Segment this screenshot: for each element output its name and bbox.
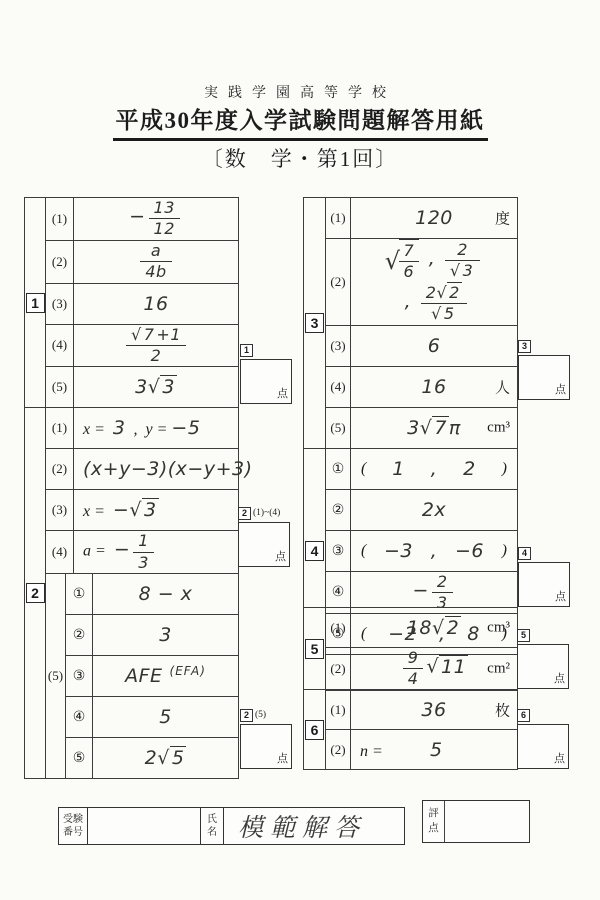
handwritten-fraction: 1312: [149, 198, 180, 240]
handwritten-answer: 3√3: [135, 375, 177, 398]
answer-content: (1,2): [351, 458, 517, 480]
printed-math: , y =: [126, 421, 172, 438]
sqrt-radical: √3: [129, 498, 158, 521]
section-cell: 1: [25, 198, 46, 408]
handwritten-fraction: √7+12: [126, 325, 186, 367]
handwritten-answer: ,: [431, 458, 438, 480]
section-number: 2: [26, 583, 45, 603]
points-label: 点: [275, 548, 286, 564]
handwritten-answer: −6: [455, 540, 484, 562]
handwritten-answer: ,: [398, 290, 418, 312]
points-label: 点: [555, 588, 566, 604]
answer-row: (5)①8 − x: [25, 574, 239, 615]
handwritten-answer: 2x: [422, 499, 446, 521]
score-box-label: 6: [517, 708, 569, 722]
score-box-label: 5: [517, 628, 569, 642]
answer-content: 8 − x: [139, 583, 193, 605]
points-label: 点: [555, 381, 566, 397]
answer-row: (5)3√7πcm³: [304, 407, 518, 448]
score-box-2-5: 2(5) 点: [240, 708, 292, 769]
answer-cell: −1312: [74, 198, 239, 241]
item-number-cell: (2): [46, 449, 74, 490]
item-number-cell: (1): [326, 608, 351, 648]
handwritten-answer: −3: [384, 540, 413, 562]
score-box-label: 3: [518, 339, 570, 353]
subitem-number-cell: ②: [66, 615, 93, 656]
item-number-cell: (4): [46, 531, 74, 574]
handwritten-answer: 1: [392, 458, 405, 480]
answer-row: (2)n = 5: [304, 730, 518, 770]
answer-table-problem-6: 6(1)36枚(2)n = 5: [303, 689, 518, 770]
handwritten-answer: −√3: [113, 498, 159, 521]
section-cell: 2: [25, 408, 46, 779]
section-number: 1: [240, 344, 253, 357]
answer-content: 3√3: [135, 376, 177, 398]
points-label: 点: [554, 670, 565, 686]
name-field: 模範解答: [224, 808, 404, 844]
handwritten-answer: AFE: [125, 665, 162, 687]
unit-label: 枚: [495, 699, 510, 720]
answer-row: 4①(1,2): [304, 448, 518, 489]
printed-math: ): [502, 460, 507, 478]
handwritten-answer: (x+y−3)(x−y+3): [83, 458, 252, 480]
section-number: 3: [305, 313, 324, 333]
answer-cell: a = −13: [74, 531, 239, 574]
answer-cell: 2√5: [93, 738, 239, 779]
subitem-number-cell: ③: [66, 656, 93, 697]
item-number-cell: (1): [326, 198, 351, 239]
item-number-cell: (4): [46, 324, 74, 367]
answer-row: (4)√7+12: [25, 324, 239, 367]
answer-content: 36: [421, 699, 446, 721]
section-cell: 5: [304, 608, 326, 691]
answer-content: 5: [159, 706, 172, 728]
answer-row: 1(1)−1312: [25, 198, 239, 241]
handwritten-answer: 18√2: [407, 616, 461, 639]
answer-row: (3)6: [304, 325, 518, 366]
section-number: 5: [305, 639, 324, 659]
answer-row: (2)94√11cm²: [304, 648, 518, 691]
printed-math: x =: [83, 421, 113, 438]
handwritten-answer: 2√5: [145, 746, 187, 769]
handwritten-fraction: 94: [403, 648, 424, 690]
handwritten-answer: ,: [422, 248, 442, 270]
answer-content: 16: [421, 376, 446, 398]
score-entry-box: 点: [518, 355, 570, 400]
answer-row: (2)a4b: [25, 240, 239, 283]
score-entry-box: 点: [517, 644, 569, 689]
section-cell: 3: [304, 198, 326, 449]
candidate-info-box: 受験 番号 氏 名 模範解答: [58, 807, 405, 845]
score-box-6: 6 点: [517, 708, 569, 769]
answer-content: (−3,−6): [351, 540, 517, 562]
unit-label: 人: [495, 376, 510, 397]
score-entry-box: 点: [517, 724, 569, 769]
unit-label: cm³: [487, 419, 510, 436]
sqrt-radical: √2: [436, 282, 461, 302]
answer-content: 6: [428, 335, 441, 357]
sheet-title-text: 平成30年度入学試験問題解答用紙: [113, 102, 488, 141]
answer-content: x = −√3: [83, 499, 159, 521]
section-number: 2: [240, 709, 253, 722]
answer-content: x = 3 , y = −5: [83, 417, 200, 439]
handwritten-answer: 3: [113, 417, 126, 439]
printed-math: (: [361, 460, 366, 478]
grade-box: 評 点: [422, 800, 530, 843]
answer-cell: 2x: [351, 489, 518, 530]
handwritten-answer: −: [412, 579, 428, 601]
section-number: 6: [517, 709, 530, 722]
item-number-cell: (5): [326, 407, 351, 448]
answer-cell: (1,2): [351, 448, 518, 489]
unit-label: 度: [495, 208, 510, 229]
score-box-label: 4: [518, 546, 570, 560]
answer-cell: 36枚: [351, 690, 518, 730]
item-number-cell: (2): [326, 239, 351, 326]
answer-row: ③(−3,−6): [304, 530, 518, 571]
answer-table-problems-1-2: 1(1)−1312(2)a4b(3)16(4)√7+12(5)3√32(1)x …: [24, 197, 239, 779]
answer-cell: 120度: [351, 198, 518, 239]
handwritten-answer: 6: [428, 335, 441, 357]
answer-row: 6(1)36枚: [304, 690, 518, 730]
answer-row: 2(1)x = 3 , y = −5: [25, 408, 239, 449]
item-number-cell: (3): [46, 283, 74, 324]
handwritten-name: 模範解答: [238, 808, 366, 844]
answer-content: 16: [143, 293, 168, 315]
answer-cell: √7+12: [74, 324, 239, 367]
handwritten-answer: 8 − x: [139, 583, 193, 605]
answer-cell: 3√7πcm³: [351, 407, 518, 448]
points-label: 点: [554, 750, 565, 766]
section-number: 6: [305, 720, 324, 740]
unit-label: cm³: [487, 619, 510, 636]
handwritten-answer: 2: [463, 458, 476, 480]
answer-table-problem-5: 5(1)18√2cm³(2)94√11cm²: [303, 607, 518, 691]
answer-row: (2)√76 , 2√3 , 2√2√5: [304, 239, 518, 326]
score-box-label: 2(1)~(4): [238, 506, 290, 520]
score-box-4: 4 点: [518, 546, 570, 607]
sqrt-radical: √3: [450, 260, 475, 280]
answer-row: ②2x: [304, 489, 518, 530]
answer-row: (3)16: [25, 283, 239, 324]
handwritten-answer: ,: [431, 540, 438, 562]
subitem-number-cell: ⑤: [66, 738, 93, 779]
answer-cell: AFE(EFA): [93, 656, 239, 697]
answer-row: (4)16人: [304, 366, 518, 407]
subitem-number-cell: ②: [326, 489, 351, 530]
answer-cell: (−3,−6): [351, 530, 518, 571]
answer-content: AFE(EFA): [125, 665, 206, 687]
subitem-number-cell: ①: [66, 574, 93, 615]
handwritten-fraction: 13: [133, 531, 154, 573]
sqrt-radical: √5: [431, 303, 456, 323]
answer-cell: 6: [351, 325, 518, 366]
name-label: 氏 名: [201, 808, 224, 844]
handwritten-answer: −: [129, 206, 145, 228]
exam-number-field: [88, 808, 201, 844]
answer-cell: x = −√3: [74, 490, 239, 531]
handwritten-answer: 36: [421, 699, 446, 721]
answer-cell: 94√11cm²: [351, 648, 518, 691]
sqrt-radical: √3: [148, 375, 177, 398]
answer-content: a = −13: [83, 531, 157, 573]
answer-cell: √76 , 2√3 , 2√2√5: [351, 239, 518, 326]
answer-table-problems-3-4: 3(1)120度(2)√76 , 2√3 , 2√2√5(3)6(4)16人(5…: [303, 197, 518, 655]
section-cell: 6: [304, 690, 326, 770]
sqrt-radical: √11: [426, 655, 468, 678]
section-number: 3: [518, 340, 531, 353]
subitem-number-cell: ①: [326, 448, 351, 489]
item-number-cell: (3): [46, 490, 74, 531]
section-number: 2: [238, 507, 251, 520]
score-entry-box: 点: [238, 522, 290, 567]
handwritten-answer: 16: [421, 376, 446, 398]
points-label: 点: [277, 385, 288, 401]
handwritten-answer: −5: [171, 417, 200, 439]
handwritten-answer: 3: [159, 624, 172, 646]
sheet-title: 平成30年度入学試験問題解答用紙: [0, 102, 600, 141]
answer-content: 18√2: [407, 617, 461, 639]
answer-sheet-page: 実践学園高等学校 平成30年度入学試験問題解答用紙 〔数 学・第1回〕 1(1)…: [0, 0, 600, 900]
grade-field: [445, 801, 529, 842]
answer-cell: 3: [93, 615, 239, 656]
school-name: 実践学園高等学校: [0, 82, 600, 102]
subitem-number-cell: ④: [66, 697, 93, 738]
item-number-cell: (5): [46, 367, 74, 408]
answer-cell: 16人: [351, 366, 518, 407]
answer-row: 5(1)18√2cm³: [304, 608, 518, 648]
handwritten-answer: √11: [426, 655, 468, 678]
handwritten-fraction: 2√2√5: [421, 283, 467, 325]
answer-cell: 5: [93, 697, 239, 738]
item-number-cell: (1): [46, 198, 74, 241]
answer-cell: 8 − x: [93, 574, 239, 615]
unit-label: cm²: [487, 660, 510, 677]
answer-row: (5)3√3: [25, 367, 239, 408]
handwritten-answer: 120: [415, 207, 453, 229]
handwritten-fraction: a4b: [140, 241, 171, 283]
answer-content: √7+12: [123, 325, 189, 367]
printed-math: n =: [360, 743, 391, 760]
score-box-label: 1: [240, 343, 292, 357]
handwritten-answer: 5: [159, 706, 172, 728]
grade-label: 評 点: [423, 801, 445, 842]
item-number-cell: (1): [46, 408, 74, 449]
score-box-label: 2(5): [240, 708, 292, 722]
answer-content: (x+y−3)(x−y+3): [83, 458, 252, 480]
score-entry-box: 点: [240, 359, 292, 404]
answer-cell: a4b: [74, 240, 239, 283]
score-entry-box: 点: [240, 724, 292, 769]
answer-cell: 18√2cm³: [351, 608, 518, 648]
section-number: 5: [517, 629, 530, 642]
section-number: 4: [518, 547, 531, 560]
subject-round: 〔数 学・第1回〕: [0, 143, 600, 173]
item-number-cell: (1): [326, 690, 351, 730]
answer-cell: (x+y−3)(x−y+3): [74, 449, 239, 490]
handwritten-fraction: 2√3: [445, 240, 480, 282]
answer-content: n = 5: [360, 739, 443, 761]
sqrt-radical: √7: [131, 324, 156, 344]
answer-row: 3(1)120度: [304, 198, 518, 239]
handwritten-answer: 3√7π: [407, 416, 461, 439]
subitem-number-cell: ③: [326, 530, 351, 571]
answer-content: 3: [159, 624, 172, 646]
printed-math: ): [502, 542, 507, 560]
score-box-5: 5 点: [517, 628, 569, 689]
answer-content: 3√7π: [407, 417, 461, 439]
section-number: 4: [305, 541, 324, 561]
handwritten-sqrt-fraction: √76: [385, 239, 422, 283]
handwritten-answer: 5: [391, 739, 443, 761]
sqrt-radical: √2: [432, 616, 461, 639]
answer-content: √76 , 2√3 , 2√2√5: [351, 239, 517, 325]
answer-cell: 16: [74, 283, 239, 324]
handwritten-answer: −: [114, 539, 130, 561]
score-box-2-1-4: 2(1)~(4) 点: [238, 506, 290, 567]
handwritten-answer: 16: [143, 293, 168, 315]
exam-number-label: 受験 番号: [59, 808, 88, 844]
item-number-cell: (2): [326, 730, 351, 770]
points-label: 点: [277, 750, 288, 766]
score-box-3: 3 点: [518, 339, 570, 400]
item-number-cell: (3): [326, 325, 351, 366]
answer-cell: 3√3: [74, 367, 239, 408]
answer-content: 2x: [422, 499, 446, 521]
answer-row: (4)a = −13: [25, 531, 239, 574]
answer-content: 120: [415, 207, 453, 229]
printed-math: a =: [83, 543, 114, 560]
item-number-cell: (5): [46, 574, 66, 779]
answer-cell: n = 5: [351, 730, 518, 770]
answer-row: (2)(x+y−3)(x−y+3): [25, 449, 239, 490]
answer-row: (3)x = −√3: [25, 490, 239, 531]
score-box-1: 1 点: [240, 343, 292, 404]
item-number-cell: (2): [326, 648, 351, 691]
answer-cell: x = 3 , y = −5: [74, 408, 239, 449]
printed-math: x =: [83, 503, 113, 520]
item-number-cell: (4): [326, 366, 351, 407]
answer-content: a4b: [137, 241, 174, 283]
sqrt-radical: √5: [157, 746, 186, 769]
item-number-cell: (2): [46, 240, 74, 283]
answer-content: 2√5: [145, 747, 187, 769]
section-number: 1: [26, 293, 45, 313]
answer-content: −1312: [129, 198, 183, 240]
score-entry-box: 点: [518, 562, 570, 607]
handwritten-note: (EFA): [170, 664, 206, 678]
sqrt-radical: √7: [420, 416, 449, 439]
printed-math: (: [361, 542, 366, 560]
answer-content: 94√11: [400, 648, 468, 690]
